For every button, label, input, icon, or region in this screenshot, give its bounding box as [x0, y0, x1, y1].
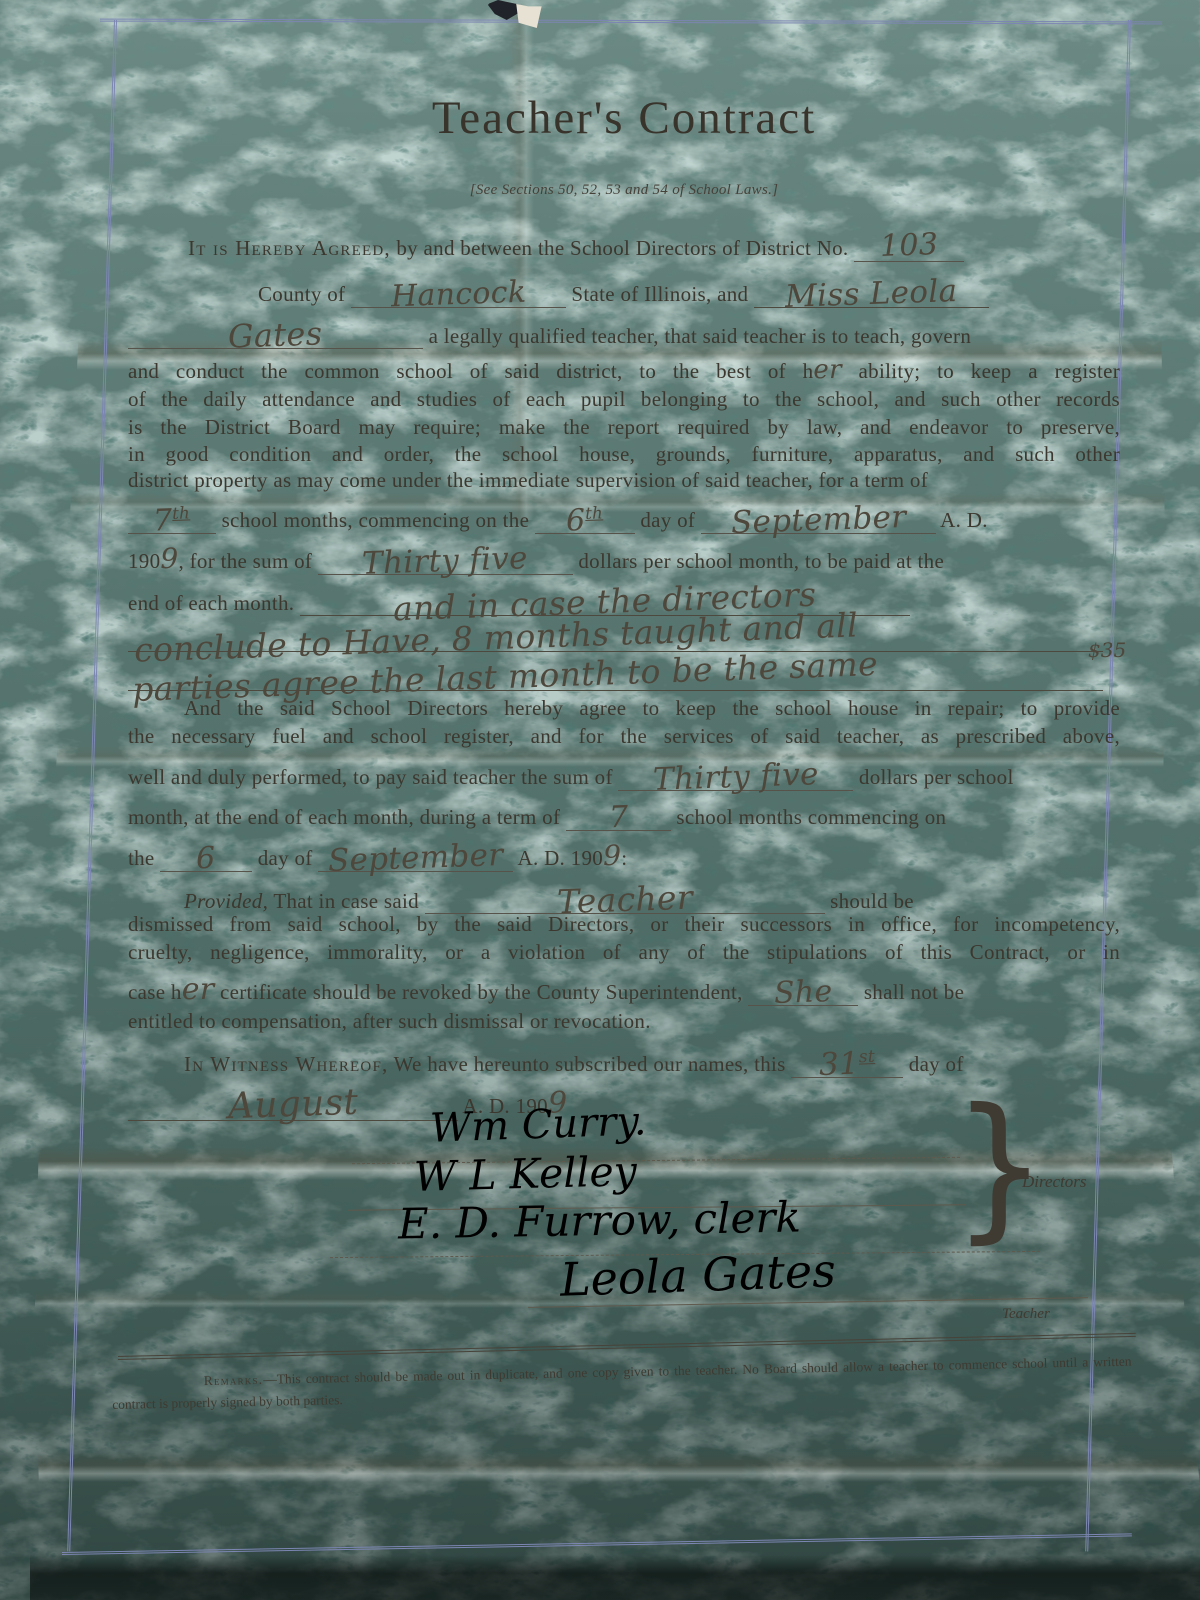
duties-line-1: and conduct the common school of said di… [128, 356, 1120, 386]
sum-value: Thirty five [362, 543, 529, 580]
sum-line: 1909, for the sum of Thirty five dollars… [128, 543, 1120, 576]
added-clause-3-row: parties agree the last month to be the s… [128, 657, 1120, 693]
month2-blank: September [318, 840, 513, 872]
witness-lead: In Witness Whereof, [184, 1052, 388, 1076]
day2-value: 6 [196, 844, 216, 875]
her-fill-2: er [182, 972, 215, 1007]
case-post: shall not be [864, 980, 964, 1004]
pay-pre: well and duly performed, to pay said tea… [128, 765, 613, 789]
day2-blank: 6 [160, 841, 252, 872]
sum-label: , for the sum of [179, 549, 313, 573]
the-label: the [128, 846, 155, 870]
her-fill-1: er [813, 355, 841, 385]
cruelty-line: cruelty, negligence, immorality, or a vi… [128, 938, 1120, 967]
she-fill: She [773, 977, 833, 1009]
witness-rest: We have hereunto subscribed our names, t… [394, 1052, 786, 1076]
witness-month-blank: August [128, 1084, 458, 1121]
sum-rest: dollars per school month, to be paid at … [578, 549, 944, 573]
added-clause-3-blank: parties agree the last month to be the s… [128, 657, 1103, 691]
teacher-name-1: Miss Leola [785, 276, 958, 313]
provided-blank: Teacher [425, 880, 825, 914]
photo-of-teachers-contract: Teacher's Contract [See Sections 50, 52,… [0, 0, 1200, 1600]
remarks-lead: Remarks. [204, 1372, 264, 1388]
state-text: State of Illinois, and [571, 282, 748, 306]
contract-paper: Teacher's Contract [See Sections 50, 52,… [0, 0, 1200, 1600]
county-label: County of [258, 282, 345, 306]
teacher-name-blank-1: Miss Leola [754, 276, 989, 308]
term-line: 7th school months, commencing on the 6th… [128, 502, 1120, 535]
duties-line-2: of the daily attendance and studies of e… [128, 385, 1120, 414]
ad2-printed: A. D. 190 [518, 846, 604, 870]
added-clause-2-row: conclude to Have, 8 months taught and al… [128, 618, 1120, 654]
frame-line-bottom [62, 1533, 1132, 1555]
term-rest: school months, commencing on the [222, 508, 530, 532]
duties-line-3: is the District Board may require; make … [128, 413, 1120, 442]
teacher-name-2: Gates [228, 317, 323, 352]
remarks-block: Remarks.—This contract should be made ou… [112, 1351, 1133, 1416]
date2-colon: : [621, 846, 627, 870]
case-mid: certificate should be revoked by the Cou… [220, 980, 743, 1004]
pay-blank: Thirty five [618, 759, 853, 791]
director-signature-3: E. D. Furrow, clerk [398, 1192, 802, 1248]
duties-line-5: district property as may come under the … [128, 466, 1120, 495]
document-subtitle: [See Sections 50, 52, 53 and 54 of Schoo… [128, 176, 1120, 205]
term2-blank: 7 [566, 800, 671, 831]
month-blank: September [701, 502, 936, 534]
term-months-blank: 7th [128, 503, 216, 534]
witness-day-of: day of [909, 1052, 964, 1076]
frame-line-top [100, 19, 1162, 25]
pay-line: well and duly performed, to pay said tea… [128, 759, 1120, 792]
director-signature-1: Wm Curry. [429, 1098, 647, 1152]
district-number-value: 103 [879, 230, 938, 262]
county-value: Hancock [390, 278, 526, 313]
ad-text: A. D. [940, 508, 988, 532]
entitled-line: entitled to compensation, after such dis… [128, 1007, 1120, 1036]
directors-l1-text: And the said School Directors hereby agr… [184, 696, 1120, 720]
pay-post: dollars per school [859, 765, 1014, 789]
witness-day-blank: 31st [791, 1046, 903, 1078]
month-value: September [730, 502, 906, 539]
date2-line: the 6 day of September A. D. 1909: [128, 840, 1120, 873]
added-clause-2-blank: conclude to Have, 8 months taught and al… [128, 618, 1103, 652]
remarks-text: —This contract should be made out in dup… [112, 1354, 1132, 1412]
term2-pre: month, at the end of each month, during … [128, 805, 560, 829]
sum-blank: Thirty five [318, 543, 573, 575]
directors-brace: } [952, 1088, 1047, 1246]
she-blank: She [748, 975, 858, 1006]
end-label: end of each month. [128, 591, 294, 615]
day-of-text: day of [640, 508, 695, 532]
duties-l1-post: ability; to keep a register [859, 359, 1120, 383]
director-signature-2: W L Kelley [413, 1147, 637, 1201]
page-title: Teacher's Contract [432, 92, 816, 144]
day2-of: day of [258, 846, 313, 870]
witness-month-value: August [227, 1085, 358, 1126]
day-blank: 6th [535, 503, 635, 534]
term-months-value: 7th [153, 505, 191, 536]
month2-value: September [327, 840, 503, 877]
teacher-name-blank-2: Gates [128, 316, 423, 349]
directors-clause-line-2: the necessary fuel and school register, … [128, 722, 1120, 751]
witness-line: In Witness Whereof, We have hereunto sub… [128, 1046, 1120, 1079]
directors-clause-line-1: And the said School Directors hereby agr… [128, 694, 1120, 723]
agreement-line-3: Gates a legally qualified teacher, that … [128, 316, 1120, 351]
witness-day-value: 31st [819, 1048, 876, 1081]
case-pre: case h [128, 980, 182, 1004]
agreed-rest: by and between the School Directors of D… [391, 236, 849, 260]
agreed-lead: It is Hereby Agreed, [188, 236, 391, 260]
case-line: case her certificate should be revoked b… [128, 975, 1120, 1007]
pay-value: Thirty five [652, 759, 819, 796]
teacher-label: Teacher [1002, 1306, 1050, 1323]
year2-fill: 9 [603, 839, 621, 872]
day-value: 6th [566, 505, 604, 536]
agreement-line-2: County of Hancock State of Illinois, and… [128, 276, 1120, 309]
district-number-blank: 103 [854, 231, 964, 262]
agreement-line-1: It is Hereby Agreed, by and between the … [128, 231, 1120, 263]
term2-post: school months commencing on [676, 805, 946, 829]
county-blank: Hancock [351, 277, 566, 308]
duties-l1-pre: and conduct the common school of said di… [128, 359, 813, 383]
term2-value: 7 [608, 803, 628, 834]
year-fill: 9 [160, 542, 178, 575]
paper-crease [0, 1452, 1200, 1482]
document-title-row: Teacher's Contract [128, 104, 1120, 141]
term2-line: month, at the end of each month, during … [128, 800, 1120, 832]
dismissed-line: dismissed from said school, by the said … [128, 910, 1120, 939]
teacher-signature: Leola Gates [559, 1243, 836, 1307]
duties-line-4: in good condition and order, the school … [128, 440, 1120, 469]
qualified-text: a legally qualified teacher, that said t… [429, 324, 972, 348]
directors-label: Directors [1022, 1172, 1087, 1192]
year-printed: 190 [128, 549, 160, 573]
